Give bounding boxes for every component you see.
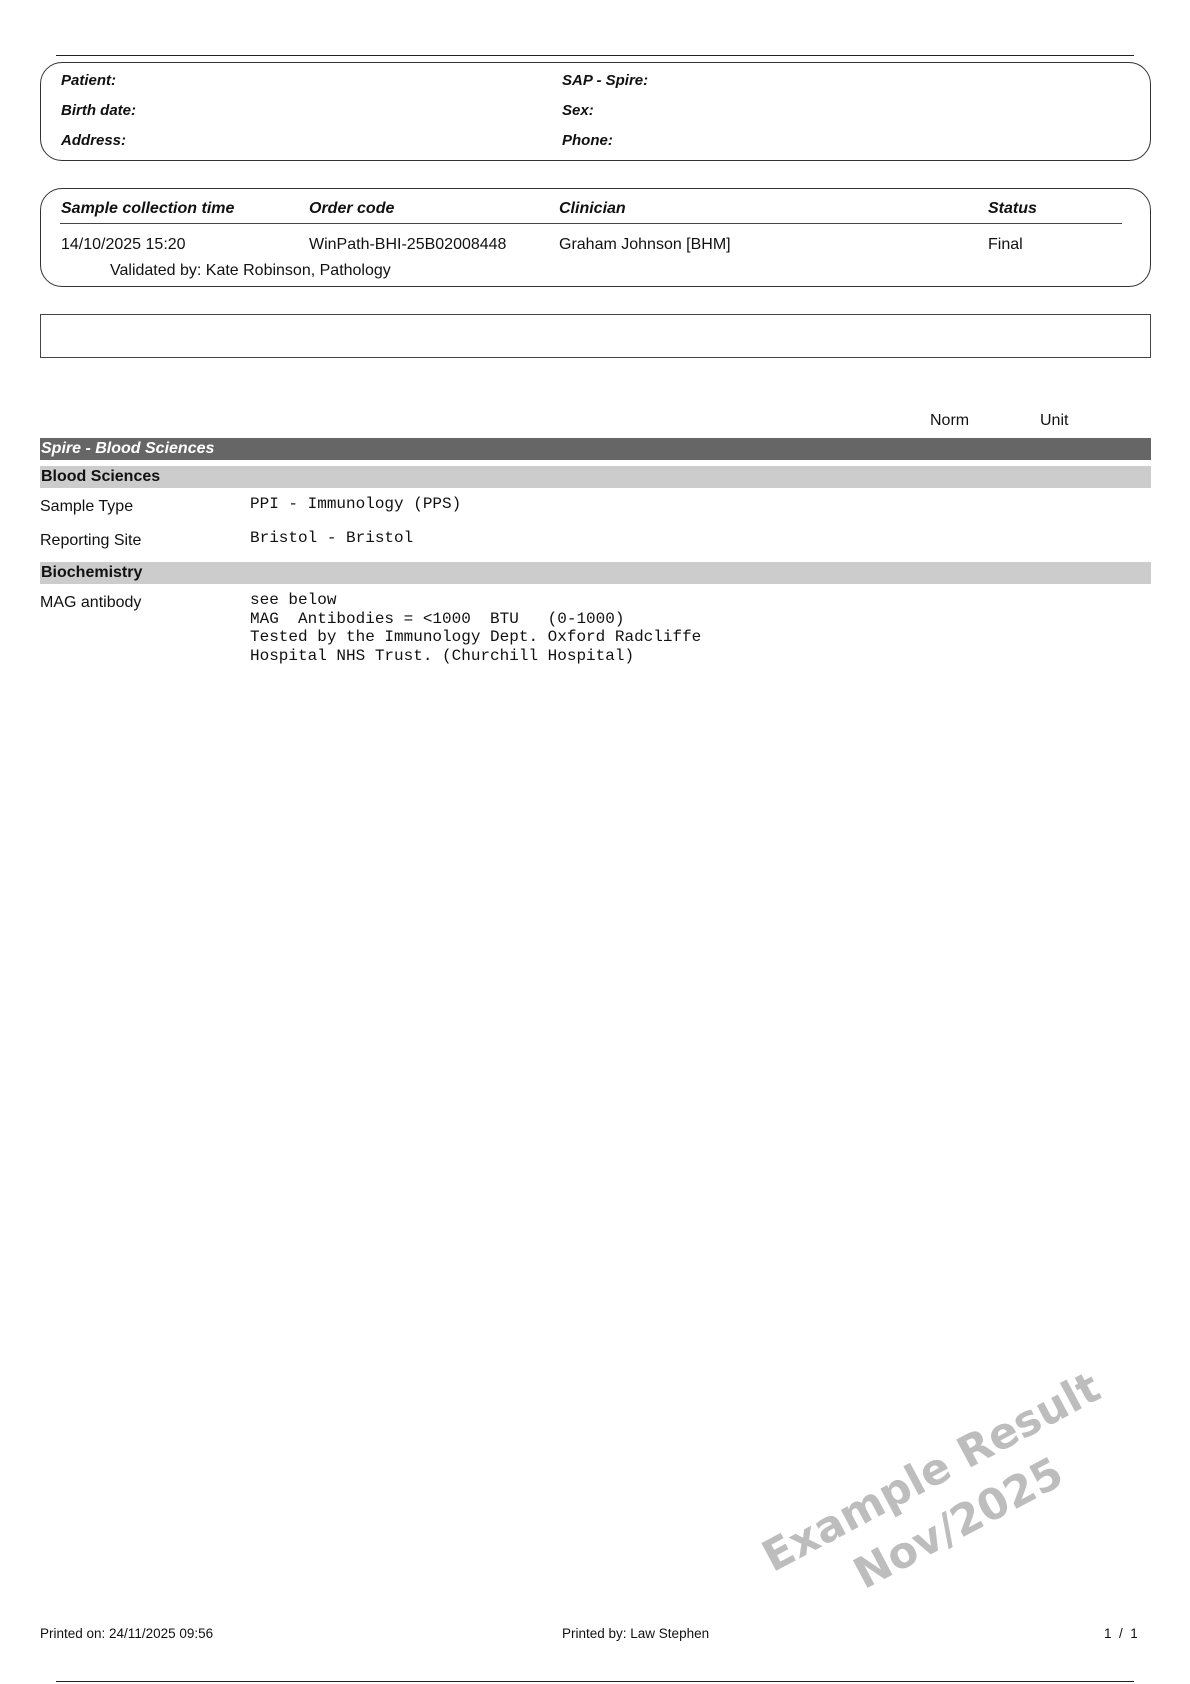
birth-date-label: Birth date: xyxy=(61,102,136,119)
result-value-sample-type: PPI - Immunology (PPS) xyxy=(250,495,461,514)
order-code-header: Order code xyxy=(309,200,394,218)
order-header-divider xyxy=(60,223,1122,224)
printed-by: Printed by: Law Stephen xyxy=(562,1626,709,1641)
status-value: Final xyxy=(988,236,1023,254)
patient-info-box: Patient: Birth date: Address: SAP - Spir… xyxy=(40,62,1151,161)
collection-time-header: Sample collection time xyxy=(61,200,234,218)
result-value-reporting-site: Bristol - Bristol xyxy=(250,529,413,548)
page-number: 1 / 1 xyxy=(1104,1626,1138,1641)
patient-label: Patient: xyxy=(61,72,116,89)
section-header-blood-sciences: Blood Sciences xyxy=(40,466,1151,488)
address-label: Address: xyxy=(61,132,126,149)
top-divider xyxy=(56,55,1134,56)
unit-column-header: Unit xyxy=(1040,412,1068,430)
collection-time-value: 14/10/2025 15:20 xyxy=(61,236,186,254)
result-label-reporting-site: Reporting Site xyxy=(40,532,141,550)
status-header: Status xyxy=(988,200,1037,218)
printed-on: Printed on: 24/11/2025 09:56 xyxy=(40,1626,213,1641)
validated-by: Validated by: Kate Robinson, Pathology xyxy=(110,262,391,280)
section-header-biochemistry: Biochemistry xyxy=(40,562,1151,584)
department-header: Spire - Blood Sciences xyxy=(40,438,1151,460)
phone-label: Phone: xyxy=(562,132,613,149)
result-label-sample-type: Sample Type xyxy=(40,498,133,516)
sex-label: Sex: xyxy=(562,102,594,119)
sap-spire-label: SAP - Spire: xyxy=(562,72,648,89)
order-info-box: Sample collection time Order code Clinic… xyxy=(40,188,1151,287)
norm-column-header: Norm xyxy=(930,412,969,430)
bottom-divider xyxy=(56,1681,1134,1682)
result-value-mag-antibody: see below MAG Antibodies = <1000 BTU (0-… xyxy=(250,591,701,665)
order-code-value: WinPath-BHI-25B02008448 xyxy=(309,236,506,254)
watermark: Example Result Nov/2025 xyxy=(741,1353,1149,1643)
clinician-header: Clinician xyxy=(559,200,626,218)
clinician-value: Graham Johnson [BHM] xyxy=(559,236,731,254)
comment-box xyxy=(40,314,1151,358)
result-label-mag-antibody: MAG antibody xyxy=(40,594,141,612)
